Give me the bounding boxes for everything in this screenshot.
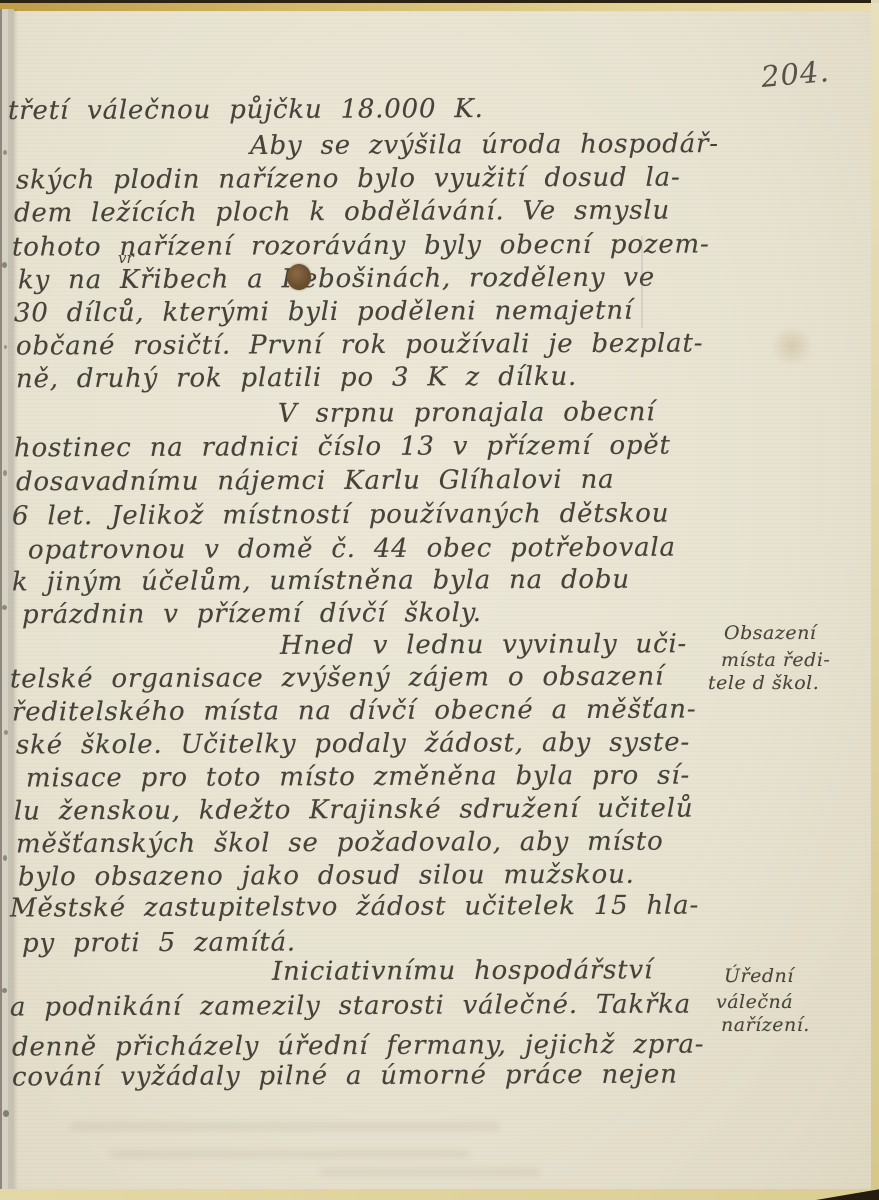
margin-note-line: Obsazení [724, 624, 816, 643]
handwritten-line: 6 let. Jelikož místností používaných dět… [12, 501, 669, 530]
handwritten-line: cování vyžádaly pilné a úmorné práce nej… [12, 1062, 678, 1091]
handwritten-line: V srpnu pronajala obecní [278, 399, 655, 427]
ink-blot [287, 264, 311, 290]
faint-vertical-mark [641, 236, 643, 328]
handwritten-line: ně, druhý rok platili po 3 K z dílku. [16, 364, 577, 392]
edge-speck [3, 150, 7, 155]
scanned-chronicle-page: 204. třetí válečnou půjčku 18.000 K. Aby… [0, 0, 879, 1200]
handwritten-line: py proti 5 zamítá. [22, 929, 296, 956]
handwritten-line: 30 dílců, kterými byli poděleni nemajetn… [14, 298, 633, 327]
handwritten-line: dosavadnímu nájemci Karlu Glíhalovi na [16, 467, 615, 496]
margin-note-line: místa ředi- [721, 651, 830, 670]
handwritten-line: Městské zastupitelstvo žádost učitelek 1… [10, 892, 699, 921]
margin-note-line: nařízení. [721, 1016, 810, 1035]
bleed-through [70, 1122, 500, 1131]
margin-note-line: tele d škol. [708, 674, 819, 693]
handwritten-line: Iniciativnímu hospodářství [272, 957, 653, 985]
edge-speck [2, 988, 7, 993]
handwritten-line: opatrovnou v domě č. 44 obec potřebovala [28, 535, 676, 564]
edge-speck [4, 345, 7, 349]
page-edge-top-gilt [0, 3, 879, 11]
handwritten-line: ky na Křibech a Rebošinách, rozděleny ve [18, 265, 655, 294]
handwritten-line: lu ženskou, kdežto Krajinské sdružení uč… [14, 796, 693, 825]
margin-note-line: válečná [716, 993, 793, 1012]
handwritten-line: denně přicházely úřední fermany, jejichž… [12, 1031, 704, 1060]
handwritten-line: třetí válečnou půjčku 18.000 K. [8, 96, 484, 124]
edge-speck [3, 855, 7, 861]
handwritten-line: Hned v lednu vyvinuly uči- [280, 631, 687, 659]
handwritten-line: ských plodin nařízeno bylo využití dosud… [16, 165, 681, 194]
handwritten-line: ředitelského místa na dívčí obecné a měš… [12, 697, 696, 726]
bleed-through [110, 1150, 470, 1158]
handwritten-line: bylo obsazeno jako dosud silou mužskou. [18, 862, 635, 891]
page-edge-right [871, 0, 879, 1200]
handwritten-line: tohoto nařízení rozorávány byly obecní p… [12, 231, 710, 260]
bleed-through [320, 1168, 540, 1176]
handwritten-line: měšťanských škol se požadovalo, aby míst… [16, 829, 664, 858]
paper-stain [768, 328, 816, 364]
edge-speck [4, 730, 8, 735]
handwritten-line: Aby se zvýšila úroda hospodář- [250, 131, 719, 159]
handwritten-line: k jiným účelům, umístněna byla na dobu [12, 567, 630, 596]
handwritten-line: misace pro toto místo změněna byla pro s… [26, 763, 690, 792]
edge-speck [2, 262, 7, 268]
handwritten-line: hostinec na radnici číslo 13 v přízemí o… [14, 433, 671, 462]
handwritten-line: dem ležících ploch k obdělávání. Ve smys… [14, 198, 670, 227]
handwritten-line: a podnikání zamezily starosti válečné. T… [10, 992, 691, 1021]
edge-speck [3, 470, 7, 476]
page-number: 204. [760, 54, 831, 94]
interlinear-insertion: vr [118, 249, 134, 267]
handwritten-line: prázdnin v přízemí dívčí školy. [22, 600, 482, 628]
handwritten-line: telské organisace zvýšený zájem o obsaze… [10, 664, 664, 693]
page-edge-bottom [0, 1189, 879, 1200]
handwritten-line: občané rosičtí. První rok používali je b… [16, 331, 703, 360]
edge-speck [2, 605, 7, 610]
edge-speck [3, 1110, 9, 1117]
handwritten-line: ské škole. Učitelky podaly žádost, aby s… [16, 730, 690, 759]
margin-note-line: Úřední [724, 967, 794, 986]
